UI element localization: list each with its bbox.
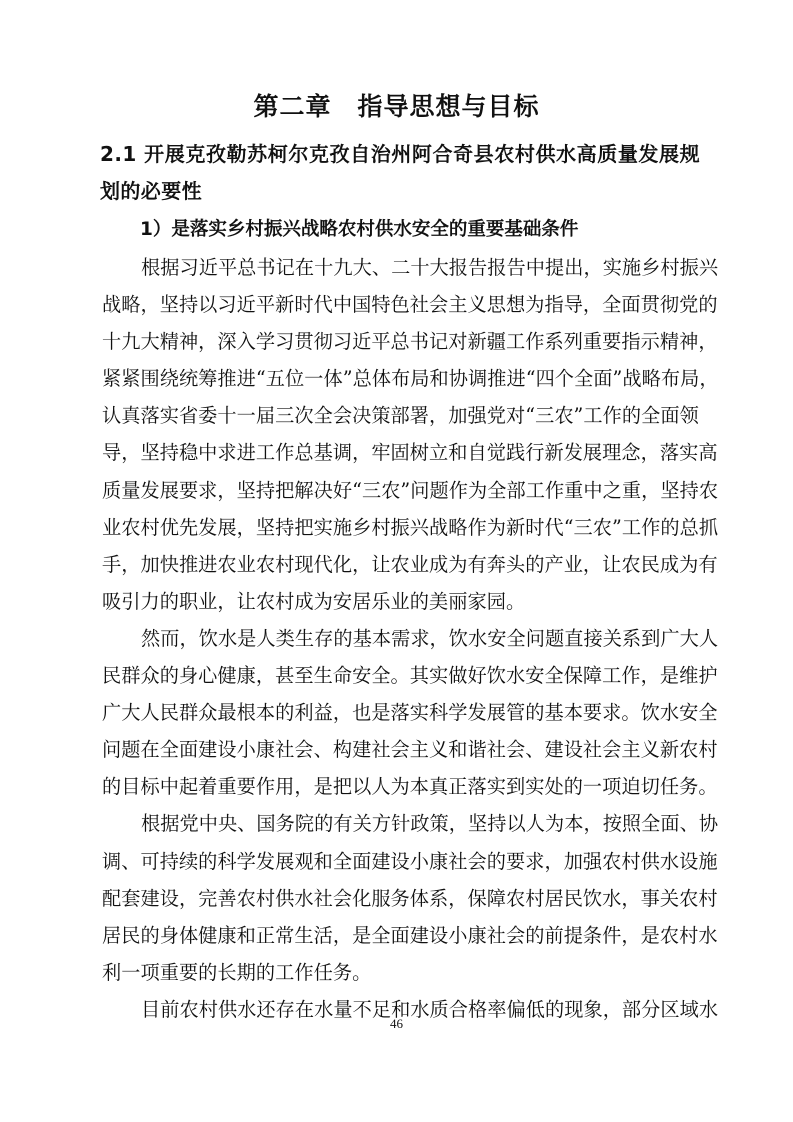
section-heading: 2.1 开展克孜勒苏柯尔克孜自治州阿合奇县农村供水高质量发展规 划的必要性 — [100, 136, 700, 210]
text-line: 配套建设，完善农村供水社会化服务体系，保障农村居民饮水，事关农村 — [102, 880, 698, 917]
paragraph-2: 然而，饮水是人类生存的基本需求，饮水安全问题直接关系到广大人 民群众的身心健康，… — [102, 620, 698, 805]
text-line: 质量发展要求，坚持把解决好“三农”问题作为全部工作重中之重，坚持农 — [102, 472, 698, 509]
chapter-title: 第二章 指导思想与目标 — [0, 88, 793, 126]
text-line: 吸引力的职业，让农村成为安居乐业的美丽家园。 — [102, 583, 698, 620]
text-line: 战略，坚持以习近平新时代中国特色社会主义思想为指导，全面贯彻党的 — [102, 286, 698, 323]
text-line: 调、可持续的科学发展观和全面建设小康社会的要求，加强农村供水设施 — [102, 843, 698, 880]
sub-heading: 1）是落实乡村振兴战略农村供水安全的重要基础条件 — [140, 211, 578, 248]
text-line: 的目标中起着重要作用，是把以人为本真正落实到实处的一项迫切任务。 — [102, 768, 698, 805]
section-heading-line: 划的必要性 — [100, 173, 700, 210]
text-line: 导，坚持稳中求进工作总基调，牢固树立和自觉践行新发展理念，落实高 — [102, 434, 698, 471]
text-line: 十九大精神，深入学习贯彻习近平总书记对新疆工作系列重要指示精神， — [102, 323, 698, 360]
text-line: 然而，饮水是人类生存的基本需求，饮水安全问题直接关系到广大人 — [102, 620, 698, 657]
document-page: 第二章 指导思想与目标 2.1 开展克孜勒苏柯尔克孜自治州阿合奇县农村供水高质量… — [0, 0, 793, 1122]
text-line: 业农村优先发展，坚持把实施乡村振兴战略作为新时代“三农”工作的总抓 — [102, 509, 698, 546]
section-heading-line: 2.1 开展克孜勒苏柯尔克孜自治州阿合奇县农村供水高质量发展规 — [100, 136, 700, 173]
text-line: 广大人民群众最根本的利益，也是落实科学发展管的基本要求。饮水安全 — [102, 694, 698, 731]
text-line: 认真落实省委十一届三次全会决策部署，加强党对“三农”工作的全面领 — [102, 397, 698, 434]
text-line: 利一项重要的长期的工作任务。 — [102, 954, 698, 991]
page-number: 46 — [0, 1015, 793, 1033]
text-line: 根据习近平总书记在十九大、二十大报告报告中提出，实施乡村振兴 — [102, 249, 698, 286]
text-line: 民群众的身心健康，甚至生命安全。其实做好饮水安全保障工作，是维护 — [102, 657, 698, 694]
paragraph-1: 根据习近平总书记在十九大、二十大报告报告中提出，实施乡村振兴 战略，坚持以习近平… — [102, 249, 698, 620]
text-line: 问题在全面建设小康社会、构建社会主义和谐社会、建设社会主义新农村 — [102, 731, 698, 768]
body-text: 根据习近平总书记在十九大、二十大报告报告中提出，实施乡村振兴 战略，坚持以习近平… — [102, 249, 698, 1028]
paragraph-3: 根据党中央、国务院的有关方针政策，坚持以人为本，按照全面、协 调、可持续的科学发… — [102, 805, 698, 990]
text-line: 根据党中央、国务院的有关方针政策，坚持以人为本，按照全面、协 — [102, 805, 698, 842]
text-line: 紧紧围绕统筹推进“五位一体”总体布局和协调推进“四个全面”战略布局， — [102, 360, 698, 397]
text-line: 手，加快推进农业农村现代化，让农业成为有奔头的产业，让农民成为有 — [102, 546, 698, 583]
text-line: 居民的身体健康和正常生活，是全面建设小康社会的前提条件，是农村水 — [102, 917, 698, 954]
